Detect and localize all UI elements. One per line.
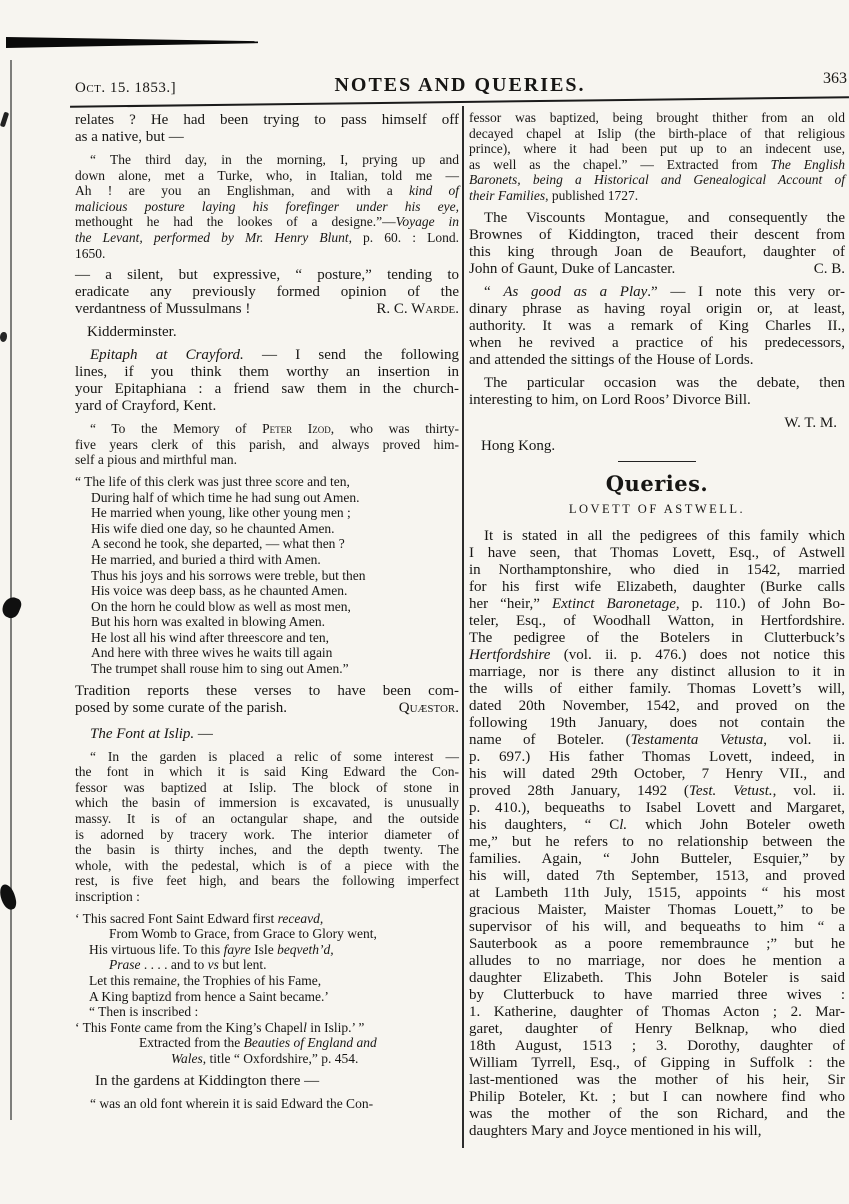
issue-date: Oct. 15. 1853.]	[75, 80, 176, 97]
paragraph-tradition: Tradition reports these verses to have b…	[75, 683, 459, 717]
verse-epitaph: “ The life of this clerk was just three …	[75, 474, 459, 677]
quote-old-font: “ was an old font wherein it is said Edw…	[75, 1096, 459, 1112]
paragraph-lovett-query: It is stated in all the pedigrees of thi…	[469, 528, 845, 1140]
scanned-page: Oct. 15. 1853.] NOTES AND QUERIES. 363 r…	[0, 0, 849, 1204]
lovett-of-astwell-heading: LOVETT OF ASTWELL.	[469, 501, 845, 518]
queries-section-heading: Queries.	[469, 475, 845, 492]
left-column: relates ? He had been trying to pass him…	[75, 112, 459, 1117]
heading-font-at-islip: The Font at Islip. —	[75, 726, 459, 743]
right-column: fessor was baptized, being brought thith…	[469, 110, 845, 1146]
paragraph-particular-occasion: The particular occasion was the debate, …	[469, 375, 845, 409]
scan-artifact-ink-blob	[0, 883, 18, 912]
column-divider	[462, 106, 464, 1148]
quote-memory-peter-izod: “ To the Memory of Peter Izod, who was t…	[75, 421, 459, 468]
paragraph-epitaph-crayford: Epitaph at Crayford. — I send the follow…	[75, 347, 459, 415]
publication-title: NOTES AND QUERIES.	[73, 70, 847, 97]
verse-inscription: ‘ This sacred Font Saint Edward first re…	[75, 911, 459, 1067]
paragraph-kidderminster: Kidderminster.	[75, 324, 459, 341]
paragraph-silent-posture: — a silent, but expressive, “ posture,” …	[75, 267, 459, 318]
paragraph-viscounts-montague: The Viscounts Montague, and consequently…	[469, 210, 845, 278]
scan-artifact-mark	[0, 112, 9, 128]
quote-voyage-levant: “ The third day, in the morning, I, pryi…	[75, 152, 459, 261]
quote-font-garden: “ In the garden is placed a relic of som…	[75, 749, 459, 905]
page-number: 363	[823, 70, 847, 88]
section-separator	[618, 461, 696, 463]
signature-wtm: W. T. M.	[469, 415, 845, 432]
scan-artifact-ink-blob	[0, 595, 23, 621]
scan-artifact-binding-edge	[10, 60, 12, 1120]
paragraph-relates: relates ? He had been trying to pass him…	[75, 112, 459, 146]
scan-artifact-mark	[0, 332, 7, 342]
paragraph-hong-kong: Hong Kong.	[469, 438, 845, 455]
quote-fessor-baptized: fessor was baptized, being brought thith…	[469, 110, 845, 204]
paragraph-kiddington-gardens: In the gardens at Kiddington there —	[75, 1073, 459, 1090]
scan-artifact-top-edge	[6, 37, 258, 48]
paragraph-as-good-as-a-play: “ As good as a Play.” — I note this very…	[469, 284, 845, 369]
